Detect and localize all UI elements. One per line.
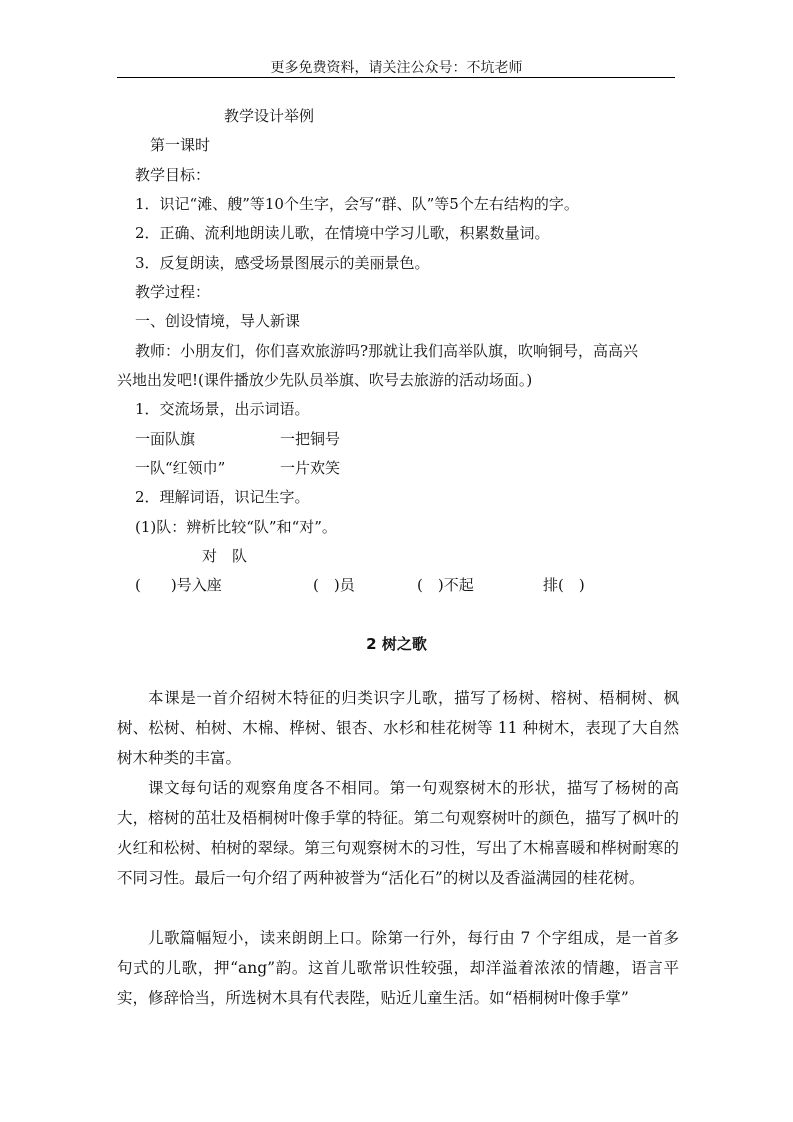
teacher-line: 教师：小朋友们，你们喜欢旅游吗?那就让我们高举队旗，吹响铜号，高高兴 — [135, 341, 638, 361]
fill-blank: 排( ) — [543, 575, 585, 595]
paragraph: 儿歌篇幅短小，读来朗朗上口。除第一行外，每行由 7 个字组成，是一首多句式的儿歌… — [117, 923, 679, 1013]
page-header: 更多免费资料，请关注公众号：不坑老师 — [0, 57, 793, 77]
phrase: 一把铜号 — [280, 429, 340, 449]
process-heading: 教学过程： — [135, 282, 210, 302]
sub-step-1: 1．交流场景，出示词语。 — [135, 399, 310, 419]
phrase: 一队“红领巾” — [135, 458, 225, 478]
goal-item: 3．反复朗读，感受场景图展示的美丽景色。 — [135, 253, 430, 273]
header-divider — [117, 77, 675, 78]
phrase: 一片欢笑 — [280, 458, 340, 478]
sub-step-2-item: (1)队：辨析比较“队”和“对”。 — [135, 517, 337, 537]
sub-step-2: 2．理解词语，识记生字。 — [135, 487, 310, 507]
phrase: 一面队旗 — [135, 429, 195, 449]
fill-blank: ( )号入座 — [135, 575, 222, 595]
step1-heading: 一、创设情境，导人新课 — [135, 311, 300, 331]
fill-blank: ( )员 — [313, 575, 355, 595]
paragraph: 本课是一首介绍树木特征的归类识字儿歌，描写了杨树、榕树、梧桐树、枫树、松树、柏树… — [117, 683, 679, 773]
teacher-line: 兴地出发吧!(课件播放少先队员举旗、吹号去旅游的活动场面。) — [117, 370, 532, 390]
lesson-plan-title: 教学设计举例 — [224, 106, 314, 126]
goals-heading: 教学目标： — [135, 165, 210, 185]
goal-item: 2．正确、流利地朗读儿歌，在情境中学习儿歌，积累数量词。 — [135, 223, 550, 243]
goal-item: 1．识记“滩、艘”等10个生字，会写“群、队”等5个左右结构的字。 — [135, 194, 579, 214]
paragraph: 课文每句话的观察角度各不相同。第一句观察树木的形状，描写了杨树的高大，榕树的茁壮… — [117, 773, 679, 893]
period-label: 第一课时 — [150, 135, 210, 155]
choice-characters: 对 队 — [202, 546, 247, 566]
section-title: 2 树之歌 — [0, 633, 793, 654]
fill-blank: ( )不起 — [417, 575, 474, 595]
